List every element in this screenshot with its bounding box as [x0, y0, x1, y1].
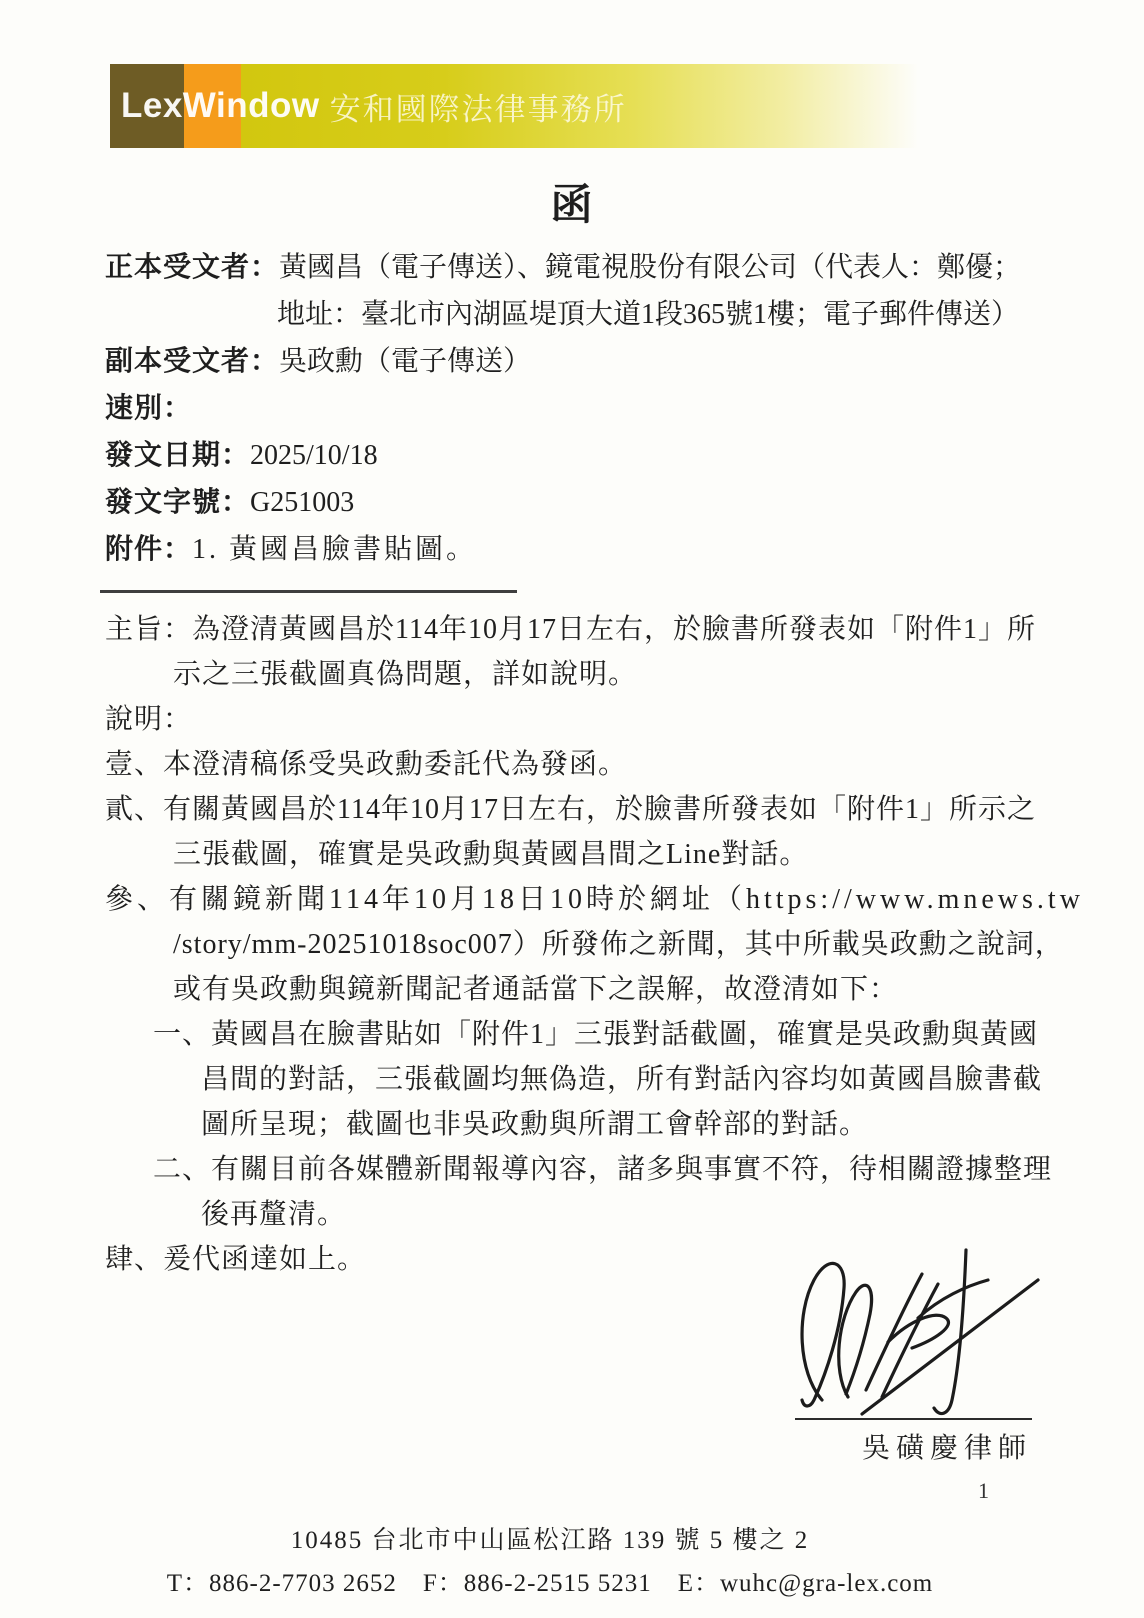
body-line: 貳、有關黃國昌於114年10月17日左右，於臉書所發表如「附件1」所示之 [105, 787, 1040, 832]
field-primary-recipient: 正本受文者：黃國昌（電子傳送）、鏡電視股份有限公司（代表人：鄭優； [105, 244, 1040, 291]
body-line: 圖所呈現；截圖也非吳政勳與所謂工會幹部的對話。 [105, 1102, 1040, 1147]
document-title: 函 [105, 0, 1040, 231]
body-line: 主旨：為澄清黃國昌於114年10月17日左右，於臉書所發表如「附件1」所 [105, 607, 1040, 652]
field-label: 速別： [105, 393, 192, 424]
body-line: 昌間的對話，三張截圖均無偽造，所有對話內容均如黃國昌臉書截 [105, 1057, 1040, 1102]
field-value: G251003 [250, 487, 354, 518]
field-label: 副本受文者： [105, 346, 279, 377]
footer-contacts: T：886-2-7703 2652 F：886-2-2515 5231 E：wu… [0, 1563, 1100, 1599]
field-value: 吳政勳（電子傳送） [279, 346, 531, 377]
header-fields: 正本受文者：黃國昌（電子傳送）、鏡電視股份有限公司（代表人：鄭優； 地址：臺北市… [105, 244, 1040, 573]
body-line: 一、黃國昌在臉書貼如「附件1」三張對話截圖，確實是吳政勳與黃國 [105, 1012, 1040, 1057]
body-line: 或有吳政勳與鏡新聞記者通話當下之誤解，故澄清如下： [105, 967, 1040, 1012]
footer: 10485 台北市中山區松江路 139 號 5 樓之 2 T：886-2-770… [0, 1520, 1100, 1599]
field-value: 2025/10/18 [250, 440, 378, 471]
body-line: 三張截圖，確實是吳政勳與黃國昌間之Line對話。 [105, 832, 1040, 877]
letter-content: 函 正本受文者：黃國昌（電子傳送）、鏡電視股份有限公司（代表人：鄭優； 地址：臺… [105, 0, 1040, 1282]
letter-body: 主旨：為澄清黃國昌於114年10月17日左右，於臉書所發表如「附件1」所 示之三… [105, 607, 1040, 1282]
field-priority: 速別： [105, 385, 1040, 432]
body-line: 說明： [105, 697, 1040, 742]
signature-block: 吳磺慶律師 [770, 1222, 1070, 1467]
field-cc-recipient: 副本受文者：吳政勳（電子傳送） [105, 338, 1040, 385]
field-issue-date: 發文日期：2025/10/18 [105, 432, 1040, 479]
field-attachment: 附件：1. 黃國昌臉書貼圖。 [105, 526, 1040, 573]
field-label: 附件： [105, 534, 192, 565]
field-primary-recipient-cont: 地址：臺北市內湖區堤頂大道1段365號1樓；電子郵件傳送） [105, 291, 1040, 338]
body-line: 示之三張截圖真偽問題，詳如說明。 [105, 652, 1040, 697]
document-page: LexWindow 安和國際法律事務所 函 正本受文者：黃國昌（電子傳送）、鏡電… [0, 0, 1144, 1618]
body-line: 壹、本澄清稿係受吳政勳委託代為發函。 [105, 742, 1040, 787]
body-line: 二、有關目前各媒體新聞報導內容，諸多與事實不符，待相關證據整理 [105, 1147, 1040, 1192]
signature-name: 吳磺慶律師 [795, 1426, 1032, 1466]
field-label: 正本受文者： [105, 252, 279, 283]
signature-underline [795, 1418, 1032, 1420]
body-line: 參、有關鏡新聞114年10月18日10時於網址（https://www.mnew… [105, 877, 1040, 922]
signature-scribble-icon [770, 1222, 1060, 1422]
field-reference-number: 發文字號：G251003 [105, 479, 1040, 526]
field-value: 1. 黃國昌臉書貼圖。 [192, 534, 477, 565]
field-label: 發文日期： [105, 440, 250, 471]
body-line: /story/mm-20251018soc007）所發佈之新聞，其中所載吳政勳之… [105, 922, 1040, 967]
page-number: 1 [978, 1478, 989, 1504]
field-value: 黃國昌（電子傳送）、鏡電視股份有限公司（代表人：鄭優； [279, 252, 1021, 283]
footer-address: 10485 台北市中山區松江路 139 號 5 樓之 2 [0, 1520, 1100, 1556]
section-divider [100, 590, 517, 593]
field-label: 發文字號： [105, 487, 250, 518]
